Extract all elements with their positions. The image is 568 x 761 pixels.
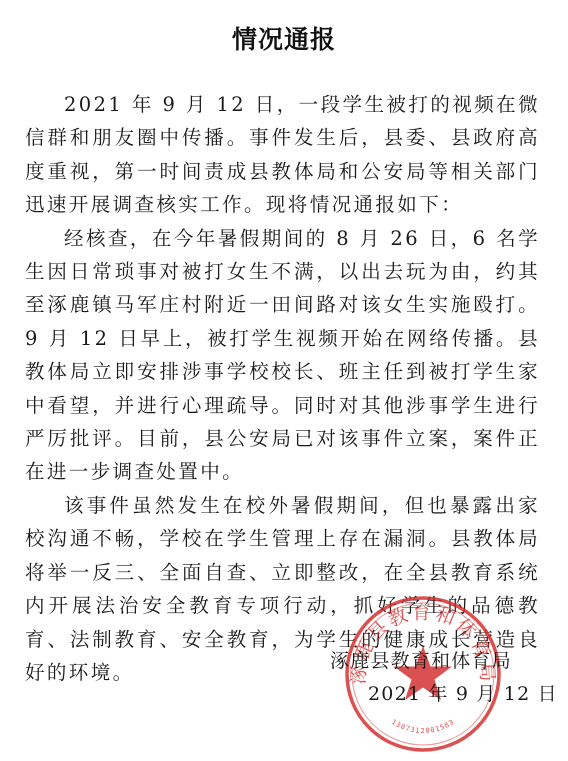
issue-date: 2021 年 9 月 12 日 [330,678,558,711]
paragraph-2: 经核查，在今年暑假期间的 8 月 26 日，6 名学生因日常琐事对被打女生不满，… [25,222,540,489]
issuing-organization: 涿鹿县教育和体育局 [330,645,558,678]
signature-block: 涿鹿县教育和体育局 2021 年 9 月 12 日 [330,645,558,711]
document-page: 情况通报 2021 年 9 月 12 日，一段学生被打的视频在微信群和朋友圈中传… [0,0,568,761]
seal-code: 1307312001583 [390,718,456,735]
document-title: 情况通报 [0,20,568,56]
paragraph-1: 2021 年 9 月 12 日，一段学生被打的视频在微信群和朋友圈中传播。事件发… [25,88,540,222]
